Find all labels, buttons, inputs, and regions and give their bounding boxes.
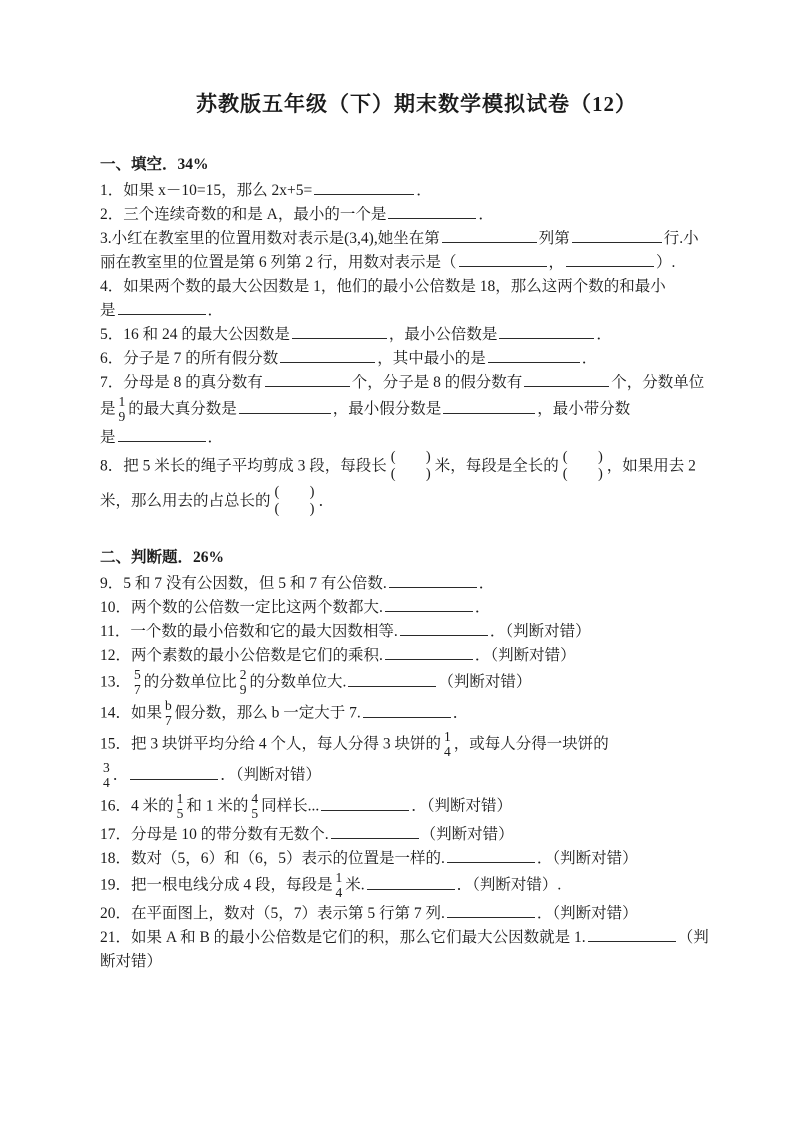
question-text: 米，那么用去的占总长的: [100, 493, 271, 510]
question-text: 16．4 米的: [100, 798, 174, 815]
close-paren: ): [426, 449, 431, 466]
fraction-denominator: 4: [336, 885, 343, 900]
fraction-denominator: 7: [134, 682, 141, 697]
exam-page: 苏教版五年级（下）期末数学模拟试卷（12） 一、填空．34%1．如果 x－10=…: [0, 0, 793, 1122]
question-line: 21．如果 A 和 B 的最小公倍数是它们的积，那么它们最大公因数就是 1.（判: [100, 926, 733, 949]
answer-blank: [363, 702, 451, 718]
fraction: 57: [134, 667, 141, 697]
question-line: 15．把 3 块饼平均分给 4 个人，每人分得 3 块饼的14，或每人分得一块饼…: [100, 730, 733, 760]
question-text: ．（判断对错）: [475, 647, 576, 664]
fraction: 34: [103, 760, 110, 790]
fraction-numerator: 1: [336, 870, 343, 885]
close-paren: ): [310, 501, 315, 518]
question-text: ．: [582, 350, 598, 367]
question-line: 20．在平面图上，数对（5，7）表示第 5 行第 7 列.．（判断对错）: [100, 902, 733, 925]
question-text: ．: [208, 302, 224, 319]
question-line: 19．把一根电线分成 4 段，每段是14米.．（判断对错）.: [100, 871, 733, 901]
answer-blank: [331, 823, 419, 839]
answer-blank: [385, 644, 473, 660]
question-line: 3.小红在教室里的位置用数对表示是(3,4),她坐在第列第行.小: [100, 227, 733, 250]
question-text: 个，分子是 8 的假分数有: [352, 374, 523, 391]
fraction-numerator: b: [165, 698, 172, 713]
fraction-denominator: 4: [103, 775, 110, 790]
question-text: 17．分母是 10 的带分数有无数个.: [100, 826, 329, 843]
fraction-denominator: 5: [177, 806, 184, 821]
question-text: 21．如果 A 和 B 的最小公倍数是它们的积，那么它们最大公因数就是 1.: [100, 929, 586, 946]
answer-blank: [314, 179, 414, 195]
question-text: 列第: [539, 230, 570, 247]
fraction: 14: [336, 870, 343, 900]
question-text: 个，分数单位: [611, 374, 704, 391]
question-text: ．: [319, 493, 335, 510]
question-line: 10．两个数的公倍数一定比这两个数都大.．: [100, 596, 733, 619]
question-text: 12．两个素数的最小公倍数是它们的乘积.: [100, 647, 383, 664]
question-text: 和 1 米的: [186, 798, 248, 815]
question-line: 5．16 和 24 的最大公因数是，最小公倍数是．: [100, 323, 733, 346]
answer-blank: [572, 227, 662, 243]
fraction: 15: [177, 791, 184, 821]
question-text: 的分数单位大.: [250, 674, 347, 691]
answer-blank: [239, 398, 331, 414]
question-text: 是: [100, 401, 116, 418]
question-text: ．: [208, 429, 224, 446]
question-line: 34．．（判断对错）: [100, 761, 733, 791]
question-text: 的分数单位比: [144, 674, 237, 691]
answer-blank: [118, 299, 206, 315]
question-text: ，其中最小的是: [377, 350, 486, 367]
question-line: 是．: [100, 299, 733, 322]
paren-blank-denominator: (): [275, 501, 315, 518]
question-text: 8．把 5 米长的绳子平均剪成 3 段，每段长: [100, 458, 387, 475]
question-line: 米，那么用去的占总长的()()．: [100, 485, 733, 519]
question-text: 的最大真分数是: [128, 401, 237, 418]
answer-blank: [292, 323, 387, 339]
page-title: 苏教版五年级（下）期末数学模拟试卷（12）: [140, 88, 693, 118]
fraction-denominator: 9: [119, 409, 126, 424]
exam-content: 苏教版五年级（下）期末数学模拟试卷（12） 一、填空．34%1．如果 x－10=…: [0, 0, 793, 973]
question-text: 3.小红在教室里的位置用数对表示是(3,4),她坐在第: [100, 230, 440, 247]
question-text: ）.: [656, 254, 675, 271]
answer-blank: [265, 371, 350, 387]
question-line: 断对错）: [100, 950, 733, 973]
answer-blank: [348, 671, 436, 687]
question-text: 是: [100, 429, 116, 446]
question-text: ．（判断对错）: [490, 623, 591, 640]
question-text: 19．把一根电线分成 4 段，每段是: [100, 877, 333, 894]
question-text: 同样长...: [261, 798, 319, 815]
question-text: ，或每人分得一块饼的: [454, 736, 609, 753]
answer-blank: [130, 764, 218, 780]
question-line: 是19的最大真分数是，最小假分数是，最小带分数: [100, 395, 733, 425]
open-paren: (: [275, 484, 280, 501]
question-text: 是: [100, 302, 116, 319]
question-text: ．: [475, 599, 491, 616]
question-text: 10．两个数的公倍数一定比这两个数都大.: [100, 599, 383, 616]
open-paren: (: [563, 466, 568, 483]
question-text: （判断对错）: [421, 826, 514, 843]
question-text: ，最小假分数是: [333, 401, 442, 418]
fraction-numerator: 1: [444, 729, 451, 744]
close-paren: ): [598, 449, 603, 466]
question-text: 6．分子是 7 的所有假分数: [100, 350, 278, 367]
question-text: （判断对错）: [438, 674, 531, 691]
question-text: 米.: [345, 877, 364, 894]
answer-blank: [566, 251, 654, 267]
question-text: 11．一个数的最小倍数和它的最大因数相等.: [100, 623, 398, 640]
answer-blank: [524, 371, 609, 387]
paren-blank-numerator: (): [275, 484, 315, 501]
answer-blank: [588, 926, 676, 942]
question-text: 1．如果 x－10=15，那么 2x+5=: [100, 182, 312, 199]
question-line: 18．数对（5，6）和（6，5）表示的位置是一样的.．（判断对错）: [100, 847, 733, 870]
question-text: ．: [416, 182, 432, 199]
question-text: 14．如果: [100, 705, 162, 722]
question-line: 9．5 和 7 没有公因数，但 5 和 7 有公倍数.．: [100, 572, 733, 595]
question-line: 16．4 米的15和 1 米的45同样长...．（判断对错）: [100, 792, 733, 822]
question-line: 11．一个数的最小倍数和它的最大因数相等.．（判断对错）: [100, 620, 733, 643]
fraction-numerator: 2: [240, 667, 247, 682]
question-text: 米，每段是全长的: [435, 458, 559, 475]
open-paren: (: [275, 501, 280, 518]
question-line: 是．: [100, 426, 733, 449]
question-text: ．: [596, 326, 612, 343]
close-paren: ): [598, 466, 603, 483]
question-text: ．（判断对错）: [537, 850, 638, 867]
question-line: 7．分母是 8 的真分数有个，分子是 8 的假分数有个，分数单位: [100, 371, 733, 394]
fraction-denominator: 9: [240, 682, 247, 697]
question-text: ．: [453, 705, 469, 722]
fraction-numerator: 5: [134, 667, 141, 682]
fraction: b7: [165, 698, 172, 728]
question-line: 17．分母是 10 的带分数有无数个.（判断对错）: [100, 823, 733, 846]
fraction-denominator: 5: [251, 806, 258, 821]
question-line: 12．两个素数的最小公倍数是它们的乘积.．（判断对错）: [100, 644, 733, 667]
question-line: 2．三个连续奇数的和是 A，最小的一个是．: [100, 203, 733, 226]
answer-blank: [488, 347, 580, 363]
question-line: 13．57的分数单位比29的分数单位大.（判断对错）: [100, 668, 733, 698]
question-line: 4．如果两个数的最大公因数是 1，他们的最小公倍数是 18，那么这两个数的和最小: [100, 275, 733, 298]
question-text: 行.小: [664, 230, 699, 247]
answer-blank: [447, 847, 535, 863]
question-line: 6．分子是 7 的所有假分数，其中最小的是．: [100, 347, 733, 370]
question-text: 4．如果两个数的最大公因数是 1，他们的最小公倍数是 18，那么这两个数的和最小: [100, 278, 666, 295]
answer-blank: [280, 347, 375, 363]
question-text: 13．: [100, 674, 131, 691]
question-text: ．: [479, 575, 495, 592]
open-paren: (: [563, 449, 568, 466]
open-paren: (: [391, 466, 396, 483]
question-text: 2．三个连续奇数的和是 A，最小的一个是: [100, 206, 386, 223]
answer-blank: [321, 795, 409, 811]
fraction-numerator: 1: [119, 394, 126, 409]
paren-blank-numerator: (): [391, 449, 431, 466]
close-paren: ): [310, 484, 315, 501]
question-text: ．（判断对错）: [220, 767, 321, 784]
question-text: 5．16 和 24 的最大公因数是: [100, 326, 290, 343]
close-paren: ): [426, 466, 431, 483]
question-text: 20．在平面图上，数对（5，7）表示第 5 行第 7 列.: [100, 905, 445, 922]
answer-blank: [459, 251, 547, 267]
answer-blank: [389, 572, 477, 588]
answer-blank: [443, 398, 535, 414]
fraction-numerator: 1: [177, 791, 184, 806]
answer-blank: [385, 596, 473, 612]
question-text: 18．数对（5，6）和（6，5）表示的位置是一样的.: [100, 850, 445, 867]
question-text: （判: [678, 929, 709, 946]
open-paren: (: [391, 449, 396, 466]
question-text: ．: [113, 767, 129, 784]
question-line: 1．如果 x－10=15，那么 2x+5=．: [100, 179, 733, 202]
answer-blank: [118, 426, 206, 442]
answer-blank: [442, 227, 537, 243]
question-text: 假分数，那么 b 一定大于 7.: [175, 705, 361, 722]
fraction: 19: [119, 394, 126, 424]
question-line: 丽在教室里的位置是第 6 列第 2 行，用数对表示是（，）.: [100, 251, 733, 274]
question-text: ，: [549, 254, 565, 271]
blank-paren-fraction: ()(): [275, 484, 315, 518]
question-line: 8．把 5 米长的绳子平均剪成 3 段，每段长()()米，每段是全长的()()，…: [100, 450, 733, 484]
answer-blank: [388, 203, 476, 219]
question-text: 断对错）: [100, 953, 162, 970]
question-text: ．（判断对错）.: [457, 877, 562, 894]
answer-blank: [499, 323, 594, 339]
question-text: 7．分母是 8 的真分数有: [100, 374, 263, 391]
question-text: 丽在教室里的位置是第 6 列第 2 行，用数对表示是（: [100, 254, 457, 271]
answer-blank: [447, 902, 535, 918]
section-heading: 二、判断题．26%: [100, 545, 733, 567]
fraction: 45: [251, 791, 258, 821]
paren-blank-denominator: (): [391, 466, 431, 483]
exam-body: 一、填空．34%1．如果 x－10=15，那么 2x+5=．2．三个连续奇数的和…: [100, 152, 733, 973]
question-text: 9．5 和 7 没有公因数，但 5 和 7 有公倍数.: [100, 575, 387, 592]
paren-blank-denominator: (): [563, 466, 603, 483]
blank-paren-fraction: ()(): [563, 449, 603, 483]
question-text: ．（判断对错）: [537, 905, 638, 922]
fraction: 29: [240, 667, 247, 697]
paren-blank-numerator: (): [563, 449, 603, 466]
question-text: ，最小带分数: [537, 401, 630, 418]
question-line: 14．如果b7假分数，那么 b 一定大于 7.．: [100, 699, 733, 729]
question-text: ．: [478, 206, 494, 223]
question-text: 15．把 3 块饼平均分给 4 个人，每人分得 3 块饼的: [100, 736, 441, 753]
fraction: 14: [444, 729, 451, 759]
question-text: ．（判断对错）: [411, 798, 512, 815]
answer-blank: [400, 620, 488, 636]
fraction-denominator: 7: [165, 713, 172, 728]
fraction-numerator: 3: [103, 760, 110, 775]
question-text: ，如果用去 2: [607, 458, 696, 475]
section-heading: 一、填空．34%: [100, 152, 733, 174]
blank-paren-fraction: ()(): [391, 449, 431, 483]
fraction-denominator: 4: [444, 744, 451, 759]
answer-blank: [367, 874, 455, 890]
question-text: ，最小公倍数是: [389, 326, 498, 343]
fraction-numerator: 4: [251, 791, 258, 806]
